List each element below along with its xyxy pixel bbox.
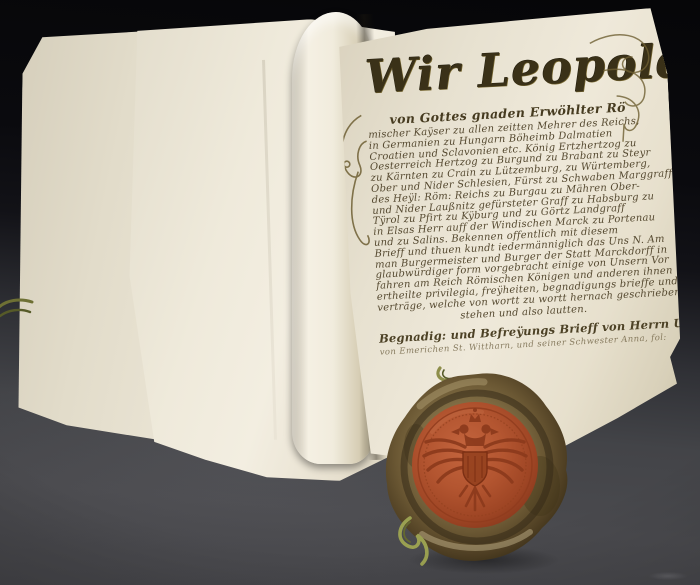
heading-calligraphy: Wir Leopold	[364, 30, 659, 109]
charter-text-column: Wir Leopold von Gottes gnaden Erwöhlter …	[364, 30, 672, 357]
leaf-crease	[262, 60, 277, 440]
wax-seal	[380, 366, 580, 570]
wax-seal-graphic	[380, 366, 580, 570]
floor-highlight-smudge	[640, 570, 696, 582]
photograph: Wir Leopold von Gottes gnaden Erwöhlter …	[0, 0, 700, 585]
body-text: mischer Kaÿser zu allen zeitten Mehrer d…	[368, 116, 670, 327]
binding-cord-icon	[0, 294, 34, 324]
